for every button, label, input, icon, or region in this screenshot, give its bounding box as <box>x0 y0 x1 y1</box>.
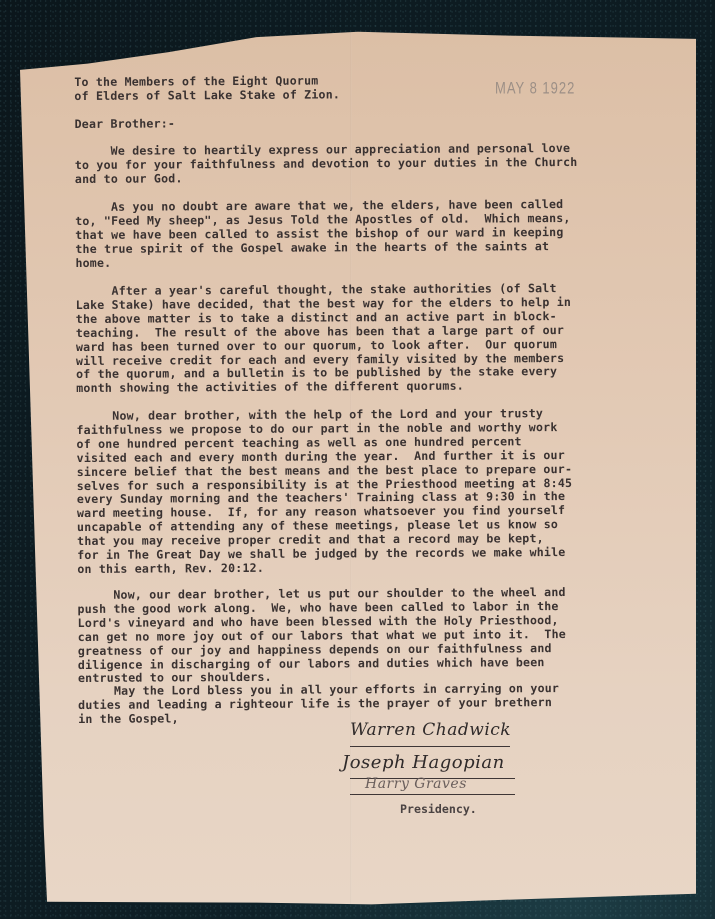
signature-3: Harry Graves <box>365 776 467 792</box>
paragraph-2: As you no doubt are aware that we, the e… <box>75 198 571 271</box>
address-block: To the Members of the Eight Quorum of El… <box>74 74 340 103</box>
paragraph-5: Now, our dear brother, let us put our sh… <box>77 586 566 686</box>
letter-paper: MAY 8 1922 To the Members of the Eight Q… <box>20 30 696 915</box>
text-line: on this earth, Rev. 20:12. <box>77 560 572 577</box>
text-line: month showing the activities of the diff… <box>76 379 571 396</box>
date-stamp: MAY 8 1922 <box>495 78 575 98</box>
address-line: of Elders of Salt Lake Stake of Zion. <box>74 88 340 104</box>
paragraph-4: Now, dear brother, with the help of the … <box>76 407 572 577</box>
salutation-text: Dear Brother:- <box>75 117 176 132</box>
signature-line <box>350 746 510 747</box>
salutation: Dear Brother:- <box>75 117 176 132</box>
text-line: and to our God. <box>75 170 578 187</box>
paragraph-3: After a year's careful thought, the stak… <box>76 282 572 396</box>
signature-line <box>350 794 515 795</box>
paragraph-1: We desire to heartily express our apprec… <box>75 142 578 187</box>
closing-title: Presidency. <box>400 802 477 816</box>
signature-1: Warren Chadwick <box>350 720 511 740</box>
text-line: duties and leading a righteour life is t… <box>78 696 559 713</box>
signature-2: Joseph Hagopian <box>342 752 505 773</box>
